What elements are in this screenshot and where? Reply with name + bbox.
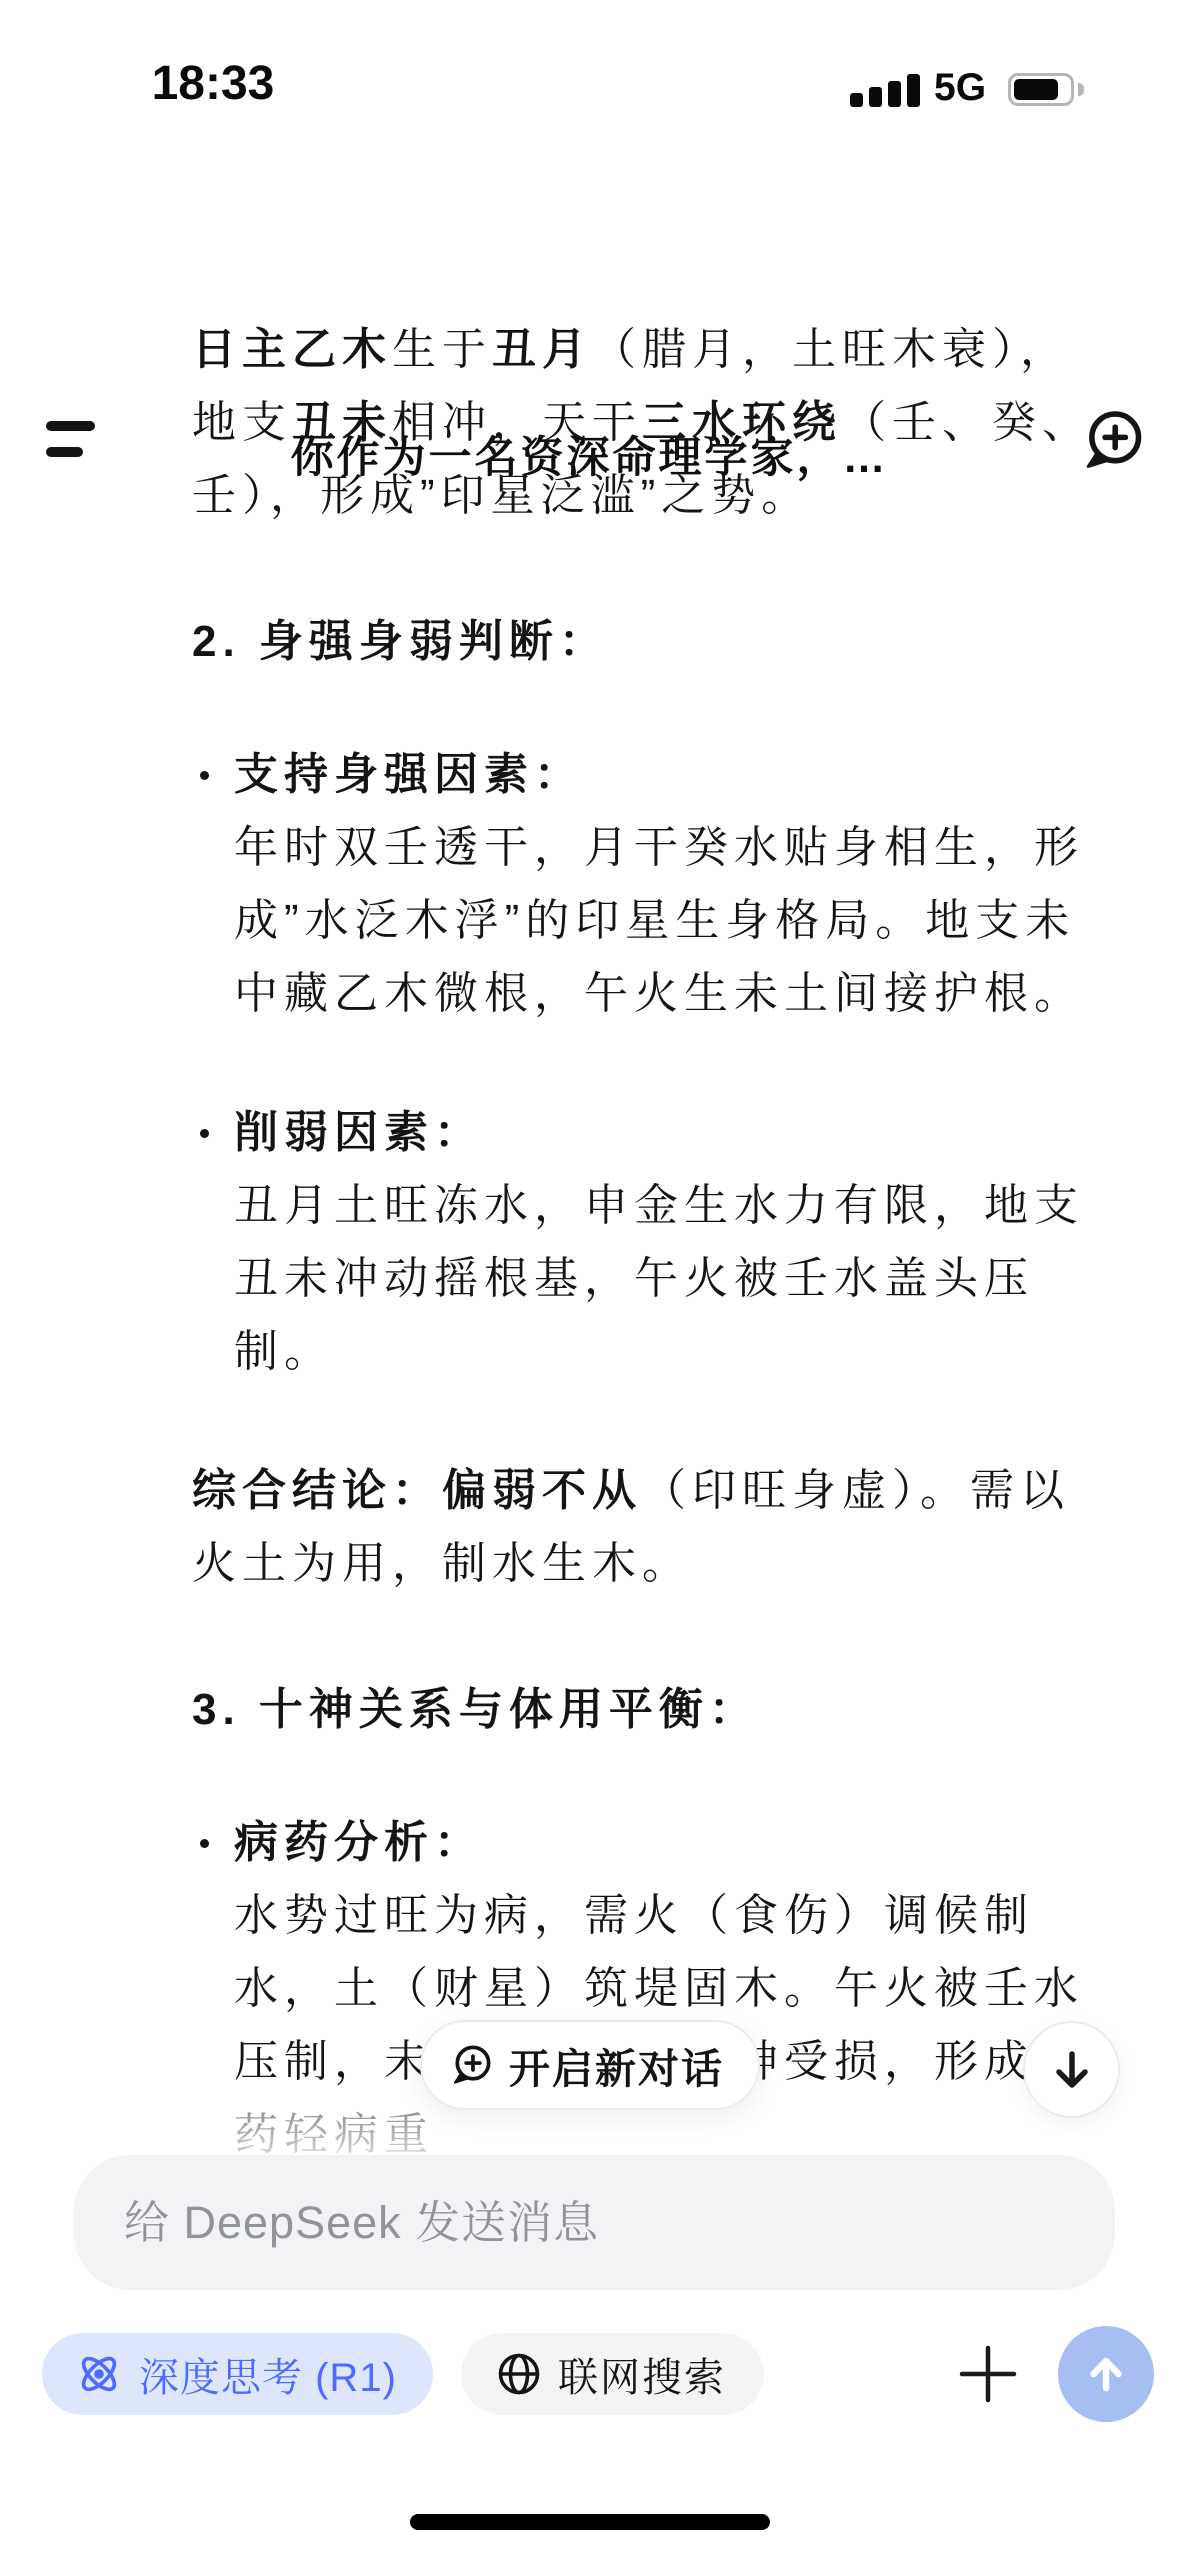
scroll-to-bottom-button[interactable] xyxy=(1023,2021,1120,2118)
text-line: 丑月土旺冻水，申金生水力有限，地支 xyxy=(234,1169,1179,1242)
status-bar: 18:33 5G xyxy=(0,0,1179,130)
bullet-item: 削弱因素：丑月土旺冻水，申金生水力有限，地支丑未冲动摇根基，午火被壬水盖头压制。 xyxy=(192,1096,1179,1388)
plus-icon xyxy=(958,2344,1018,2404)
web-search-label: 联网搜索 xyxy=(558,2346,726,2403)
text-line: 壬），形成”印星泛滥”之势。 xyxy=(192,459,1179,532)
deepseek-chat-screen: { "status_bar": { "time": "18:33", "netw… xyxy=(0,0,1179,2556)
web-search-toggle[interactable]: 联网搜索 xyxy=(461,2333,764,2415)
composer-toolbar: 深度思考 (R1) 联网搜索 xyxy=(0,2326,1179,2426)
section-heading: 2. 身强身弱判断： xyxy=(192,605,1179,678)
text-line: 3. 十神关系与体用平衡： xyxy=(192,1673,1179,1746)
text-line: 丑未冲动摇根基，午火被壬水盖头压 xyxy=(234,1242,1179,1315)
text-line: 削弱因素： xyxy=(234,1096,1179,1169)
atom-icon xyxy=(74,2349,124,2399)
signal-strength-icon xyxy=(850,74,922,107)
deep-think-label: 深度思考 (R1) xyxy=(139,2346,397,2403)
send-button[interactable] xyxy=(1058,2326,1154,2422)
network-type-label: 5G xyxy=(934,66,986,110)
message-input-container xyxy=(74,2155,1115,2290)
text-line: 年时双壬透干，月干癸水贴身相生，形 xyxy=(234,811,1179,884)
deep-think-toggle[interactable]: 深度思考 (R1) xyxy=(42,2333,433,2415)
new-conversation-label: 开启新对话 xyxy=(509,2036,724,2095)
globe-icon xyxy=(495,2350,543,2398)
bullet-item: 支持身强因素：年时双壬透干，月干癸水贴身相生，形成”水泛木浮”的印星生身格局。地… xyxy=(192,738,1179,1030)
sidebar-menu-button[interactable] xyxy=(46,421,96,461)
text-line: 2. 身强身弱判断： xyxy=(192,605,1179,678)
text-line: 中藏乙木微根，午火生未土间接护根。 xyxy=(234,957,1179,1030)
text-line: 日主乙木生于丑月（腊月，土旺木衰）， xyxy=(192,313,1179,386)
home-indicator[interactable] xyxy=(410,2514,770,2530)
text-line: 火土为用，制水生木。 xyxy=(192,1527,1179,1600)
section-heading: 3. 十神关系与体用平衡： xyxy=(192,1673,1179,1746)
text-line: 水，土（财星）筑堤固木。午火被壬水 xyxy=(234,1952,1179,2025)
text-line: 地支丑未相冲，天干三水环绕（壬、癸、 xyxy=(192,386,1179,459)
message-input[interactable] xyxy=(74,2155,1115,2290)
text-line: 支持身强因素： xyxy=(234,738,1179,811)
arrow-down-icon xyxy=(1046,2044,1098,2096)
message-paragraph: 综合结论：偏弱不从（印旺身虚）。需以火土为用，制水生木。 xyxy=(192,1454,1179,1600)
status-time: 18:33 xyxy=(108,56,318,111)
bullet-item: 病药分析：水势过旺为病，需火（食伤）调候制水，土（财星）筑堤固木。午火被壬水压制… xyxy=(192,1806,1179,2171)
speech-bubble-plus-icon xyxy=(448,2042,495,2089)
chat-header: 你作为一名资深命理学家，… xyxy=(0,200,1179,310)
assistant-message: 日主乙木生于丑月（腊月，土旺木衰），地支丑未相冲，天干三水环绕（壬、癸、壬），形… xyxy=(192,313,1179,2171)
text-line: 成”水泛木浮”的印星生身格局。地支未 xyxy=(234,884,1179,957)
new-conversation-button[interactable]: 开启新对话 xyxy=(420,2020,760,2110)
attach-button[interactable] xyxy=(958,2344,1018,2404)
text-line: 综合结论：偏弱不从（印旺身虚）。需以 xyxy=(192,1454,1179,1527)
arrow-up-icon xyxy=(1080,2348,1132,2400)
text-line: 制。 xyxy=(234,1315,1179,1388)
text-line: 病药分析： xyxy=(234,1806,1179,1879)
message-paragraph: 日主乙木生于丑月（腊月，土旺木衰），地支丑未相冲，天干三水环绕（壬、癸、壬），形… xyxy=(192,313,1179,532)
battery-tip-icon xyxy=(1078,83,1084,96)
battery-icon xyxy=(1008,73,1074,106)
text-line: 水势过旺为病，需火（食伤）调候制 xyxy=(234,1879,1179,1952)
